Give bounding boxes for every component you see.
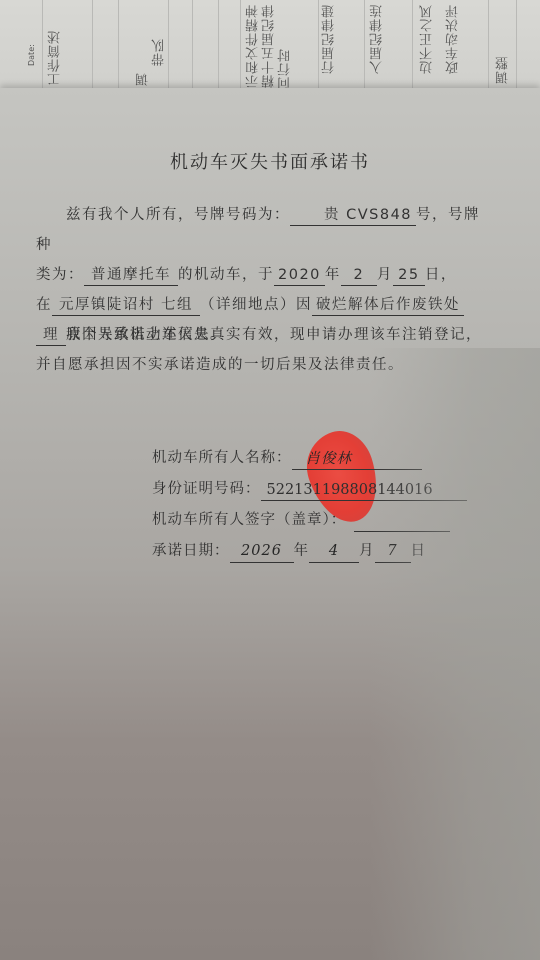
notebook-rule: [218, 0, 219, 92]
notebook-rule: [412, 0, 413, 92]
text: 的机动车，于: [178, 267, 274, 283]
notebook-rule: [318, 0, 319, 92]
plate-number-field: 贵 CVS848: [290, 205, 416, 226]
notebook-handwriting: 政车动决评: [446, 4, 461, 74]
owner-name-value: 肖俊林: [292, 448, 422, 470]
notebook-rule: [92, 0, 93, 92]
pledge-date-label: 承诺日期：: [152, 543, 230, 559]
pledge-day-value: 7: [375, 540, 411, 563]
text: 月: [377, 267, 393, 283]
notebook-handwriting: 工作简述: [48, 30, 63, 86]
text: 在: [36, 297, 52, 313]
notebook-handwriting: 入届纪律连: [370, 4, 385, 74]
owner-name-label: 机动车所有人名称：: [152, 450, 292, 466]
day-char: 日: [411, 543, 427, 559]
notebook-handwriting: 行届纪律建: [322, 4, 337, 74]
notebook-handwriting: 边不正之风: [420, 4, 435, 74]
signature-block: 机动车所有人名称：肖俊林 身份证明号码：522131198808144016 机…: [152, 443, 482, 567]
pledge-form-paper: 机动车灭失书面承诺书 兹有我个人所有，号牌号码为：贵 CVS848号，号牌种 类…: [0, 88, 540, 960]
pledge-date-row: 承诺日期：2026年4月7日: [152, 536, 482, 567]
notebook-handwriting: 带队: [152, 38, 167, 66]
pledge-month-value: 4: [309, 540, 359, 563]
document-title: 机动车灭失书面承诺书: [0, 148, 540, 174]
reason-field: 破烂解体后作废铁处: [312, 295, 464, 316]
notebook-date-label: Date:: [27, 44, 36, 66]
signature-label: 机动车所有人签字（盖章）：: [152, 512, 346, 528]
notebook-rule: [192, 0, 193, 92]
owner-name-row: 机动车所有人名称：肖俊林: [152, 443, 482, 474]
id-number-row: 身份证明号码：522131198808144016: [152, 474, 482, 505]
notebook-rule: [168, 0, 169, 92]
signature-row: 机动车所有人签字（盖章）：: [152, 505, 482, 536]
loss-year-field: 2020: [274, 265, 325, 286]
loss-month-field: 2: [341, 265, 377, 286]
text: 兹有我个人所有，号牌号码为：: [66, 207, 290, 223]
location-field: 元厚镇陡诏村 七组: [52, 295, 200, 316]
paragraph-pledge-statement: 我个人承诺上述信息真实有效，现申请办理该车注销登记，并自愿承担因不实承诺造成的一…: [36, 320, 486, 380]
signature-value: [354, 509, 450, 532]
notebook-rule: [516, 0, 517, 92]
notebook-handwriting: 问行时: [278, 48, 293, 90]
plate-type-field: 普通摩托车: [84, 265, 178, 286]
text: 年: [325, 267, 341, 283]
notebook-rule: [488, 0, 489, 92]
notebook-rule: [118, 0, 119, 92]
pledge-year-value: 2026: [230, 540, 294, 563]
notebook-rule: [42, 0, 43, 92]
notebook-handwriting: 调: [136, 72, 151, 86]
background-notebook-page: Date: 工作简述 调 带队 示和文件精神 精十五届纪律 问行时 行届纪律建 …: [0, 0, 540, 100]
loss-day-field: 25: [393, 265, 425, 286]
id-number-label: 身份证明号码：: [152, 481, 261, 497]
notebook-rule: [240, 0, 241, 92]
notebook-handwriting: 精十五届纪律: [262, 4, 277, 88]
text: 类为：: [36, 267, 84, 283]
notebook-handwriting: 示和文件精神: [246, 4, 261, 88]
notebook-rule: [364, 0, 365, 92]
month-char: 月: [359, 543, 375, 559]
year-char: 年: [294, 543, 310, 559]
id-number-value: 522131198808144016: [261, 479, 467, 501]
notebook-handwriting: 调整: [496, 56, 511, 84]
text: （详细地点）因: [200, 297, 312, 313]
text: 日，: [425, 267, 457, 283]
